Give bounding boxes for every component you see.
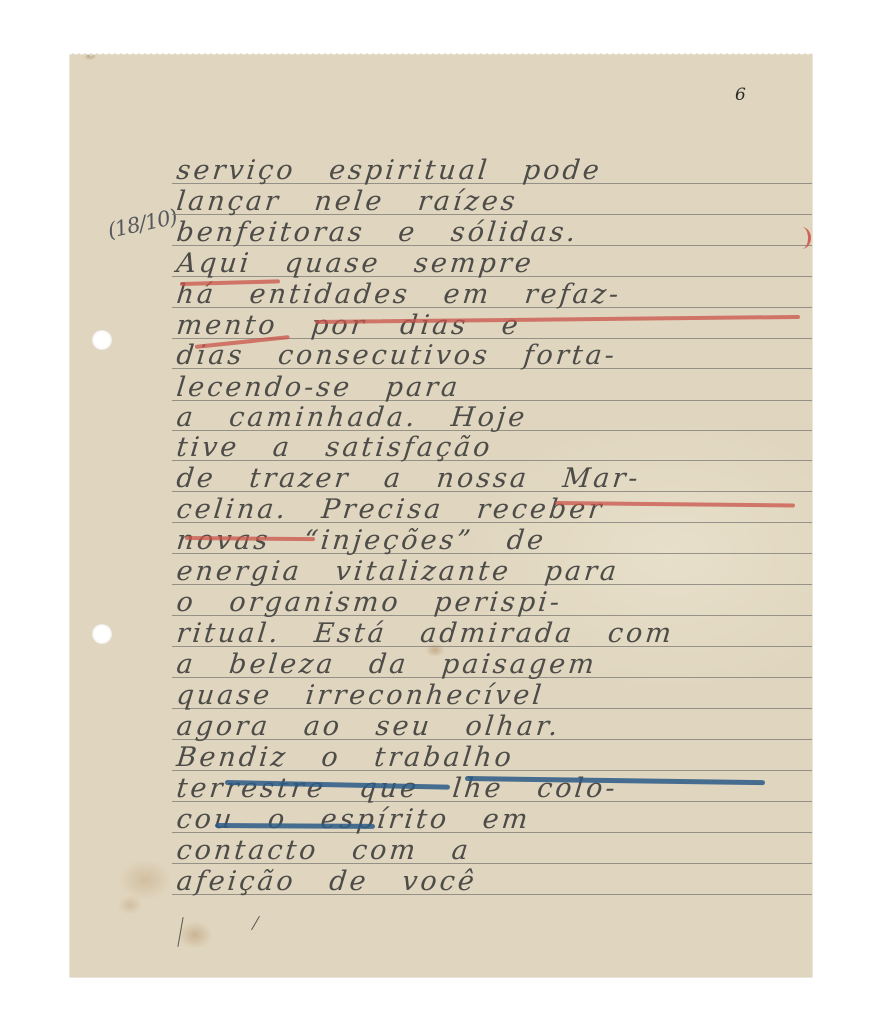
text-line-18: quase irreconhecível <box>175 680 818 711</box>
text-line-4: Aqui quase sempre <box>175 248 818 279</box>
text-line-14: energia vitalizante para <box>175 556 818 587</box>
text-line-20: Bendiz o trabalho <box>175 742 818 773</box>
text-line-12: celina. Precisa receber <box>175 494 818 525</box>
blue-underline-terrestre <box>215 823 375 829</box>
punch-hole-lower <box>92 624 112 644</box>
scanned-manuscript: 6 (18/10) serviço espiritual pode lançar… <box>0 0 878 1024</box>
text-line-10: tive a satisfação <box>175 432 818 463</box>
text-line-3: benfeitoras e sólidas. <box>175 217 818 248</box>
text-line-5: há entidades em refaz- <box>175 279 818 310</box>
text-line-7: dias consecutivos forta- <box>175 340 818 371</box>
perforated-top-edge <box>70 53 812 57</box>
text-line-19: agora ao seu olhar. <box>175 711 818 742</box>
stray-pencil-stroke <box>177 917 183 947</box>
text-line-2: lançar nele raízes <box>175 186 818 217</box>
text-line-1: serviço espiritual pode <box>175 155 818 186</box>
text-line-11: de trazer a nossa Mar- <box>175 463 818 494</box>
margin-date-note: (18/10) <box>106 205 179 243</box>
text-line-24: afeição de você <box>175 866 818 897</box>
page-number: 6 <box>735 85 746 105</box>
text-line-17: a beleza da paisagem <box>175 649 818 680</box>
text-line-22: cou o espírito em <box>175 804 818 835</box>
text-line-15: o organismo perispi- <box>175 587 818 618</box>
text-line-8: lecendo-se para <box>175 372 818 403</box>
text-line-9: a caminhada. Hoje <box>175 402 818 433</box>
punch-hole-upper <box>92 330 112 350</box>
stray-pencil-stroke <box>251 916 260 930</box>
manuscript-page: 6 (18/10) serviço espiritual pode lançar… <box>70 55 812 977</box>
text-line-16: ritual. Está admirada com <box>175 618 818 649</box>
text-line-23: contacto com a <box>175 835 818 866</box>
